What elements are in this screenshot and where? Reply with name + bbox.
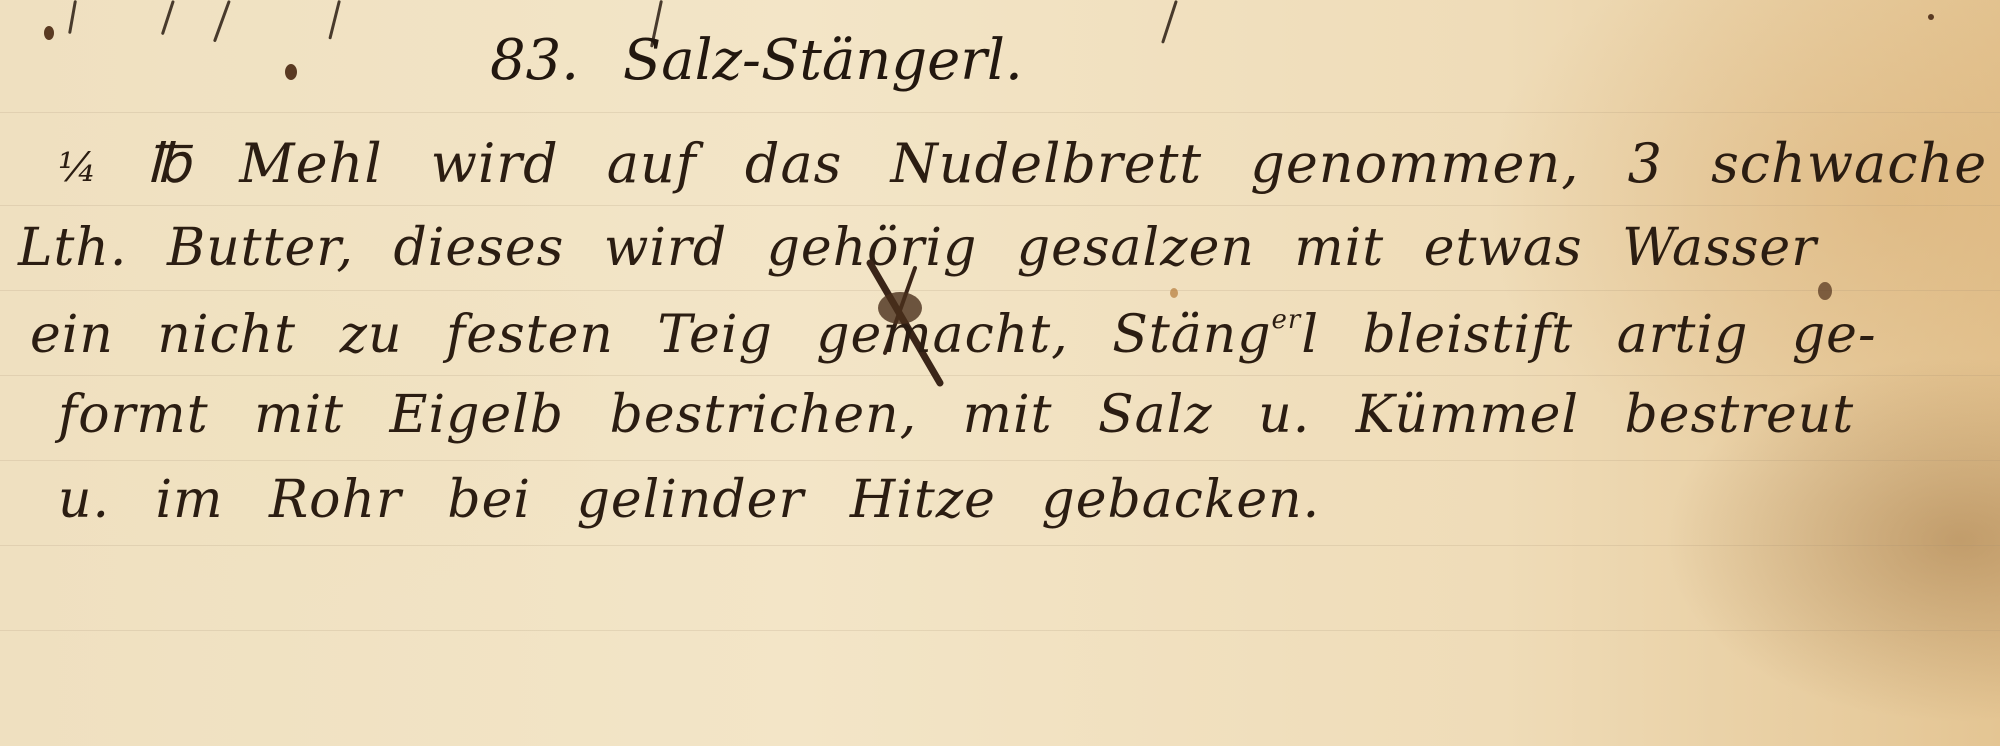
ink-spot (44, 26, 54, 40)
recipe-title: 83. Salz-Stängerl. (490, 28, 1023, 93)
line-text: l bleistift artig ge- (1301, 305, 1876, 365)
superscript: er (1272, 305, 1302, 335)
text-line-1: ¼ ℔ Mehl wird auf das Nudelbrett genomme… (58, 132, 1987, 195)
descender-stroke (213, 0, 231, 42)
text-line-4: formt mit Eigelb bestrichen, mit Salz u.… (58, 385, 1854, 445)
ink-spot (1170, 288, 1178, 298)
text-line-3: ein nicht zu festen Teig gemacht, Stänge… (30, 305, 1877, 365)
ruling-line (0, 205, 2000, 206)
line-text: Mehl wird auf das Nudelbrett genommen, 3… (239, 132, 1987, 195)
descender-stroke (328, 0, 341, 40)
descender-stroke (1161, 0, 1178, 44)
ink-spot (285, 64, 297, 80)
manuscript-page: 83. Salz-Stängerl. ¼ ℔ Mehl wird auf das… (0, 0, 2000, 746)
recipe-number: 83. (490, 28, 579, 93)
ruling-line (0, 290, 2000, 291)
descender-stroke (68, 0, 77, 34)
ruling-line (0, 112, 2000, 113)
line-text: formt mit Eigelb bestrichen, mit Salz u.… (58, 385, 1854, 445)
line-text: ein nicht zu festen Teig gemacht, Stäng (30, 305, 1272, 365)
pound-symbol: ℔ (146, 132, 191, 195)
ruling-line (0, 375, 2000, 376)
fraction: ¼ (58, 145, 98, 191)
recipe-name: Salz-Stängerl. (623, 28, 1023, 93)
ruling-line (0, 460, 2000, 461)
ink-spot (1928, 14, 1934, 20)
text-line-5: u. im Rohr bei gelinder Hitze gebacken. (58, 470, 1320, 530)
descender-stroke (161, 0, 175, 35)
ruling-line (0, 545, 2000, 546)
ruling-line (0, 630, 2000, 631)
ink-spot (1818, 282, 1832, 300)
line-text: u. im Rohr bei gelinder Hitze gebacken. (58, 470, 1320, 530)
